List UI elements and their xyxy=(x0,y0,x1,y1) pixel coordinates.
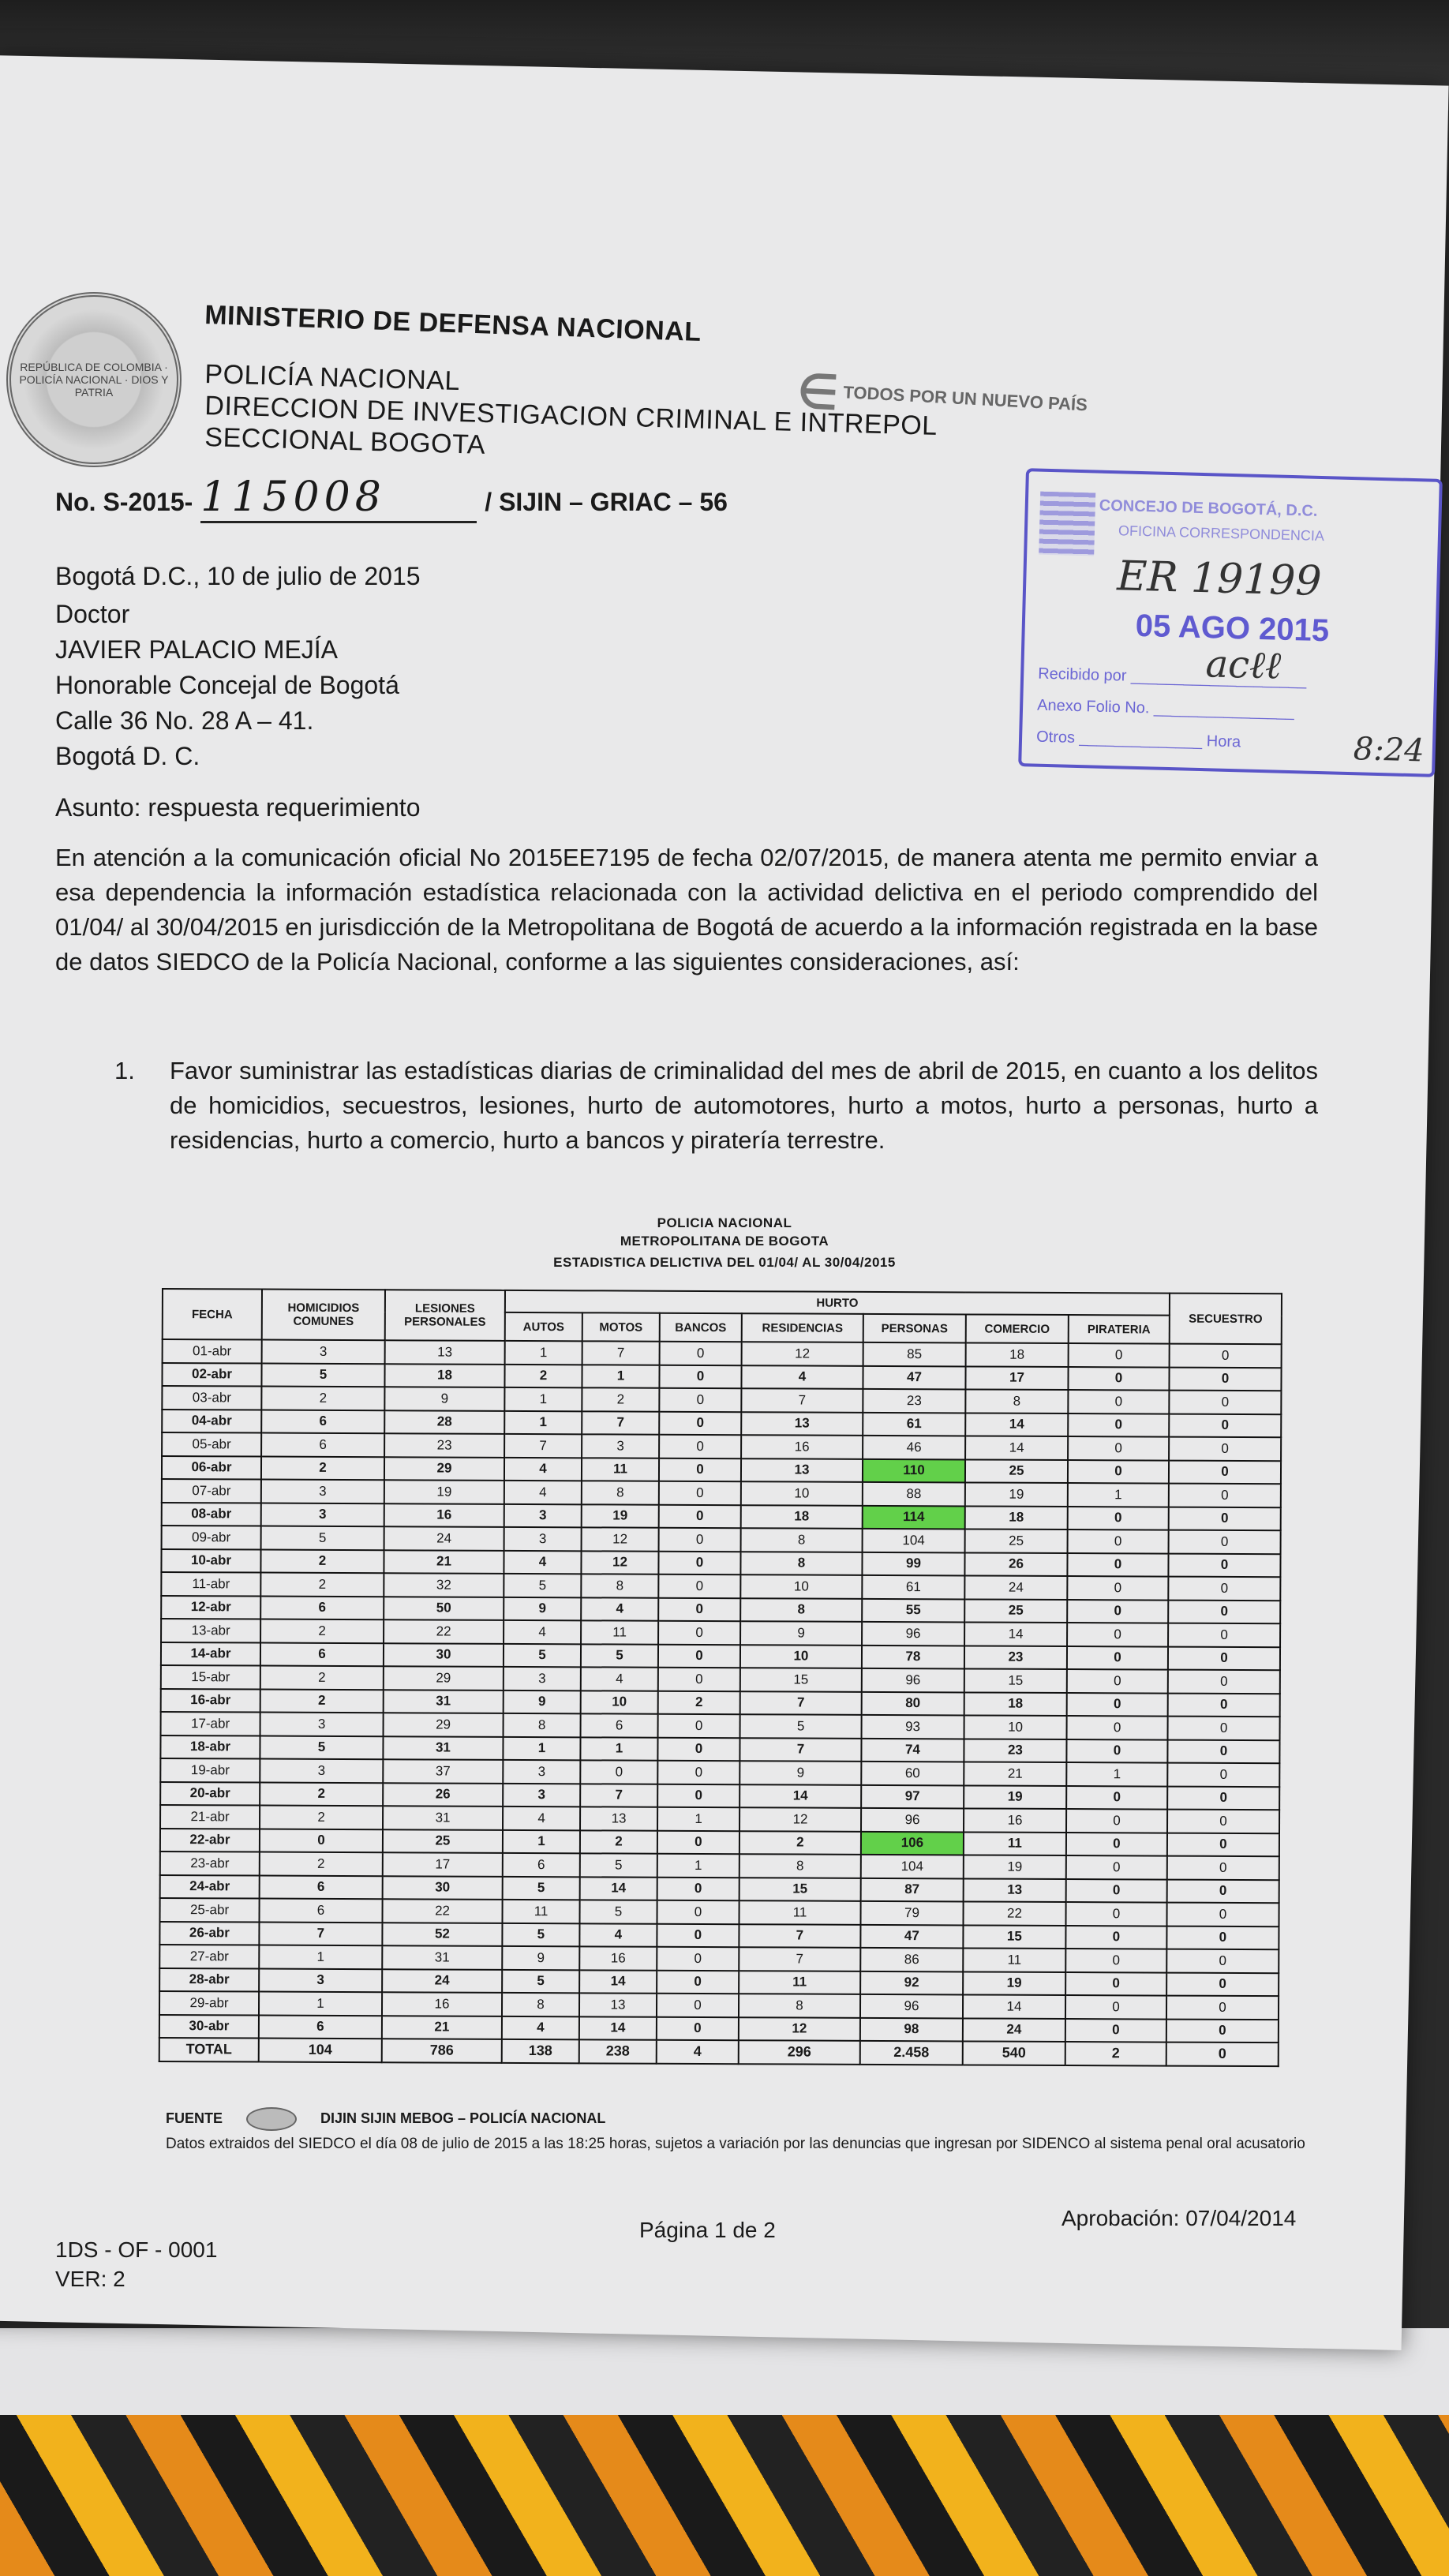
table-cell: 7 xyxy=(740,1691,862,1715)
police-seal-icon: REPÚBLICA DE COLOMBIA · POLICÍA NACIONAL… xyxy=(6,292,182,467)
table-cell: 106 xyxy=(861,1831,964,1855)
table-cell: 0 xyxy=(658,1597,740,1621)
row-date: 07-abr xyxy=(162,1479,261,1503)
table-cell: 6 xyxy=(260,1596,384,1619)
table-cell: 13 xyxy=(580,1807,657,1830)
dijin-logo-icon xyxy=(246,2107,297,2131)
table-cell: 1 xyxy=(657,1807,739,1831)
table-cell: 8 xyxy=(582,1481,659,1504)
table-cell: 5 xyxy=(261,1526,384,1550)
table-cell: 3 xyxy=(582,1434,659,1458)
table-cell: 86 xyxy=(860,1948,963,1971)
table-cell: 1 xyxy=(1066,1762,1167,1786)
table-cell: 2 xyxy=(261,1387,384,1410)
table-cell: 1 xyxy=(504,1387,582,1411)
row-date: 11-abr xyxy=(161,1572,260,1596)
table-cell: 0 xyxy=(580,1760,657,1784)
date-line: Bogotá D.C., 10 de julio de 2015 xyxy=(55,562,421,591)
table-cell: 0 xyxy=(1068,1413,1169,1437)
table-cell: 22 xyxy=(384,1619,504,1643)
table-cell: 19 xyxy=(964,1855,1066,1878)
table-cell: 55 xyxy=(862,1598,964,1622)
table-cell: 2 xyxy=(260,1852,383,1876)
table-cell: 87 xyxy=(861,1878,964,1901)
table-cell: 1 xyxy=(505,1341,582,1365)
table-cell: 0 xyxy=(1167,1810,1279,1833)
table-cell: 97 xyxy=(861,1784,964,1808)
table-cell: 96 xyxy=(862,1668,964,1692)
table-cell: 0 xyxy=(1169,1484,1281,1507)
table-total-row: TOTAL10478613823842962.45854020 xyxy=(159,2038,1279,2066)
table-cell: 0 xyxy=(260,1829,383,1852)
document-version: VER: 2 xyxy=(55,2267,125,2292)
table-cell: 31 xyxy=(384,1690,504,1713)
row-date: 08-abr xyxy=(162,1503,261,1526)
table-cell: 0 xyxy=(657,1923,739,1947)
table-cell: 8 xyxy=(581,1574,658,1597)
table-cell: 32 xyxy=(384,1573,504,1597)
background-fabric xyxy=(0,2407,1449,2576)
row-date: 21-abr xyxy=(160,1805,260,1829)
row-date: 05-abr xyxy=(162,1432,261,1456)
table-cell: 2 xyxy=(260,1619,384,1643)
table-cell: 1 xyxy=(504,1410,582,1434)
table-cell: 0 xyxy=(1167,1856,1279,1880)
table-cell: 18 xyxy=(966,1342,1069,1366)
source-line: FUENTEDIJIN SIJIN MEBOG – POLICÍA NACION… xyxy=(166,2107,605,2131)
table-cell: 25 xyxy=(964,1599,1067,1623)
row-date: 14-abr xyxy=(161,1642,260,1666)
table-cell: 11 xyxy=(963,1948,1065,1971)
table-cell: 0 xyxy=(1169,1437,1281,1461)
table-cell: 7 xyxy=(582,1411,659,1435)
table-cell: 2 xyxy=(261,1456,384,1480)
table-cell: 3 xyxy=(260,1759,383,1783)
table-cell: 5 xyxy=(579,1900,657,1923)
table-cell: 10 xyxy=(581,1690,658,1714)
table-cell: 15 xyxy=(739,1878,861,1901)
col-fecha: FECHA xyxy=(163,1289,262,1340)
table-cell: 0 xyxy=(657,1877,739,1900)
table-cell: 22 xyxy=(963,1901,1065,1925)
table-cell: 0 xyxy=(657,1761,739,1784)
table-cell: 0 xyxy=(1166,1903,1279,1926)
table-cell: 8 xyxy=(504,1713,581,1737)
table-cell: 786 xyxy=(382,2039,502,2062)
table-cell: 0 xyxy=(659,1504,741,1528)
table-cell: 10 xyxy=(740,1645,862,1668)
table-cell: 8 xyxy=(739,1994,860,2017)
table-cell: 9 xyxy=(739,1761,861,1784)
subject: Asunto: respuesta requerimiento xyxy=(55,793,420,822)
table-cell: 61 xyxy=(862,1575,964,1599)
table-cell: 0 xyxy=(1167,1879,1279,1903)
table-cell: 0 xyxy=(1169,1413,1281,1437)
table-cell: 18 xyxy=(965,1506,1068,1529)
row-date: 22-abr xyxy=(160,1828,260,1851)
table-cell: 0 xyxy=(659,1365,741,1388)
table-cell: 7 xyxy=(739,1947,860,1971)
table-cell: 74 xyxy=(861,1738,964,1762)
table-cell: 3 xyxy=(504,1503,582,1527)
table-cell: 15 xyxy=(964,1668,1067,1692)
table-cell: 0 xyxy=(1169,1530,1281,1554)
table-cell: 0 xyxy=(1067,1669,1168,1693)
table-cell: 6 xyxy=(261,1433,384,1457)
table-cell: 1 xyxy=(1068,1483,1169,1507)
table-cell: 0 xyxy=(659,1411,741,1435)
table-cell: 0 xyxy=(1068,1529,1169,1553)
table-cell: 2 xyxy=(582,1387,659,1411)
table-cell: 11 xyxy=(739,1900,860,1924)
table-cell: 4 xyxy=(741,1365,863,1389)
table-cell: 0 xyxy=(1067,1576,1168,1600)
table-cell: 5 xyxy=(502,1969,579,1993)
table-cell: 540 xyxy=(963,2041,1065,2065)
table-cell: 10 xyxy=(964,1715,1067,1739)
table-cell: 0 xyxy=(1067,1693,1168,1717)
table-cell: 1 xyxy=(503,1736,580,1760)
table-cell: 110 xyxy=(863,1458,965,1482)
table-cell: 15 xyxy=(740,1668,862,1691)
table-cell: 0 xyxy=(658,1574,740,1598)
row-date: 04-abr xyxy=(162,1410,261,1433)
table-cell: 0 xyxy=(1065,1949,1166,1972)
table-cell: 85 xyxy=(863,1342,966,1366)
col-motos: MOTOS xyxy=(582,1312,660,1341)
table-cell: 3 xyxy=(504,1527,582,1551)
table-cell: 0 xyxy=(1068,1367,1169,1391)
table-cell: 0 xyxy=(1065,1902,1166,1926)
col-group-hurto: HURTO xyxy=(505,1290,1170,1316)
table-cell: 0 xyxy=(1066,1786,1167,1810)
document: REPÚBLICA DE COLOMBIA · POLICÍA NACIONAL… xyxy=(0,0,1449,2407)
table-cell: 99 xyxy=(862,1552,964,1575)
table-cell: 0 xyxy=(658,1714,740,1738)
table-cell: 0 xyxy=(1168,1670,1280,1694)
table-cell: 1 xyxy=(657,1854,739,1878)
table-cell: 0 xyxy=(1068,1436,1169,1460)
table-cell: 6 xyxy=(581,1713,658,1737)
table-cell: 22 xyxy=(382,1899,502,1923)
table-cell: 0 xyxy=(1168,1577,1280,1601)
table-cell: 17 xyxy=(965,1366,1068,1390)
col-homicidios: HOMICIDIOS COMUNES xyxy=(262,1290,385,1341)
table-cell: 12 xyxy=(739,2017,860,2041)
table-cell: 7 xyxy=(739,1924,860,1948)
table-cell: 24 xyxy=(963,2018,1065,2042)
table-cell: 5 xyxy=(260,1735,383,1759)
slogan-logo-icon: ∈ xyxy=(796,364,841,419)
table-cell: 0 xyxy=(1169,1367,1281,1391)
row-date: 10-abr xyxy=(161,1549,260,1573)
table-cell: 2 xyxy=(260,1806,383,1829)
table-cell: 0 xyxy=(1170,1344,1282,1368)
table-cell: 0 xyxy=(1166,1949,1279,1973)
table-cell: 0 xyxy=(1065,1972,1166,1996)
table-cell: 19 xyxy=(963,1971,1065,1995)
table-cell: 21 xyxy=(964,1762,1066,1785)
table-cell: 30 xyxy=(383,1876,503,1900)
table-cell: 2 xyxy=(658,1690,740,1714)
table-cell: 0 xyxy=(1066,1739,1167,1763)
table-cell: 0 xyxy=(1168,1623,1280,1647)
table-cell: 2 xyxy=(260,1666,384,1690)
table-cell: 16 xyxy=(382,1992,502,2016)
row-date: 27-abr xyxy=(159,1945,259,1968)
table-cell: 0 xyxy=(1168,1600,1280,1623)
table-cell: 1 xyxy=(582,1365,659,1388)
table-cell: 0 xyxy=(659,1435,741,1458)
table-cell: 0 xyxy=(1067,1600,1168,1623)
table-cell: 0 xyxy=(657,2016,739,2040)
table-cell: 3 xyxy=(261,1503,384,1526)
table-cell: 8 xyxy=(739,1854,861,1878)
table-cell: 6 xyxy=(259,1899,382,1923)
table-cell: 11 xyxy=(582,1458,659,1481)
table-cell: 0 xyxy=(1066,1833,1167,1856)
recipient-city: Bogotá D. C. xyxy=(55,742,200,771)
table-cell: 8 xyxy=(740,1552,862,1575)
table-cell: 0 xyxy=(1065,1995,1166,2019)
table-cell: 12 xyxy=(739,1807,861,1831)
table-cell: 5 xyxy=(504,1643,581,1667)
intro-paragraph: En atención a la comunicación oficial No… xyxy=(55,841,1318,979)
table-cell: 0 xyxy=(657,1970,739,1994)
table-cell: 3 xyxy=(503,1783,580,1807)
table-cell: 23 xyxy=(863,1389,965,1413)
table-cell: 0 xyxy=(1069,1343,1170,1367)
table-cell: 19 xyxy=(964,1785,1066,1809)
table-cell: 14 xyxy=(580,1877,657,1900)
table-cell: 3 xyxy=(261,1480,384,1503)
table-cell: 0 xyxy=(1168,1717,1280,1740)
table-cell: 1 xyxy=(580,1737,657,1761)
table-cell: 0 xyxy=(1166,1972,1279,1996)
table-title-3: ESTADISTICA DELICTIVA DEL 01/04/ AL 30/0… xyxy=(0,1255,1449,1271)
table-cell: 19 xyxy=(965,1482,1068,1506)
row-date: 06-abr xyxy=(162,1456,261,1480)
row-date: 19-abr xyxy=(160,1758,260,1782)
table-cell: 7 xyxy=(741,1388,863,1412)
table-cell: 2.458 xyxy=(860,2041,963,2065)
table-cell: 3 xyxy=(260,1713,384,1736)
table-cell: 24 xyxy=(964,1575,1067,1599)
table-cell: 31 xyxy=(383,1736,503,1760)
table-cell: 5 xyxy=(502,1923,579,1946)
table-cell: 14 xyxy=(964,1622,1067,1646)
table-cell: 0 xyxy=(658,1644,740,1668)
table-cell: 5 xyxy=(580,1853,657,1877)
row-date: 01-abr xyxy=(163,1339,262,1363)
table-cell: 19 xyxy=(582,1504,659,1528)
table-cell: 16 xyxy=(384,1503,504,1527)
table-cell: 16 xyxy=(964,1808,1066,1832)
table-cell: 9 xyxy=(502,1946,579,1970)
table-cell: 23 xyxy=(384,1433,504,1457)
table-cell: 5 xyxy=(581,1644,658,1668)
table-cell: 78 xyxy=(862,1645,964,1668)
table-cell: 30 xyxy=(384,1643,504,1667)
table-cell: 0 xyxy=(1067,1716,1168,1739)
table-cell: 0 xyxy=(659,1388,741,1412)
table-cell: 0 xyxy=(660,1342,742,1365)
recipient-role: Honorable Concejal de Bogotá xyxy=(55,671,399,700)
table-cell: 0 xyxy=(1068,1460,1169,1484)
table-cell: 16 xyxy=(579,1946,657,1970)
table-cell: 2 xyxy=(260,1782,383,1806)
row-date: TOTAL xyxy=(159,2038,259,2061)
row-date: 23-abr xyxy=(160,1851,260,1875)
table-cell: 7 xyxy=(259,1922,382,1945)
table-cell: 0 xyxy=(658,1621,740,1645)
table-cell: 104 xyxy=(259,2039,382,2062)
table-cell: 13 xyxy=(741,1412,863,1436)
table-cell: 8 xyxy=(741,1528,863,1552)
table-cell: 9 xyxy=(384,1387,504,1410)
table-cell: 5 xyxy=(261,1363,384,1387)
table-cell: 5 xyxy=(504,1574,581,1597)
row-date: 30-abr xyxy=(159,2014,259,2038)
row-date: 12-abr xyxy=(161,1596,260,1619)
table-cell: 29 xyxy=(384,1666,504,1690)
table-cell: 6 xyxy=(259,2015,382,2039)
table-cell: 0 xyxy=(1169,1391,1281,1414)
table-cell: 13 xyxy=(579,1993,657,2016)
table-cell: 0 xyxy=(1166,2019,1279,2042)
reception-stamp: CONCEJO DE BOGOTÁ, D.C. OFICINA CORRESPO… xyxy=(1018,468,1443,777)
table-cell: 52 xyxy=(382,1923,502,1946)
table-cell: 0 xyxy=(1066,1855,1167,1879)
document-code: 1DS - OF - 0001 xyxy=(55,2237,217,2263)
table-cell: 0 xyxy=(657,1784,739,1807)
table-cell: 3 xyxy=(504,1667,581,1690)
table-cell: 13 xyxy=(741,1458,863,1482)
table-cell: 18 xyxy=(384,1364,504,1387)
table-cell: 7 xyxy=(582,1341,660,1365)
table-cell: 16 xyxy=(741,1435,863,1458)
table-cell: 0 xyxy=(1168,1693,1280,1717)
table-cell: 0 xyxy=(657,1947,739,1971)
table-cell: 0 xyxy=(658,1668,740,1691)
table-cell: 2 xyxy=(1065,2042,1166,2065)
table-cell: 2 xyxy=(504,1364,582,1387)
table-cell: 12 xyxy=(742,1342,863,1365)
table-cell: 1 xyxy=(259,1945,382,1969)
table-cell: 13 xyxy=(964,1878,1066,1902)
table-cell: 12 xyxy=(582,1527,659,1551)
table-cell: 0 xyxy=(657,1737,739,1761)
bogota-flag-icon xyxy=(1039,492,1095,556)
table-cell: 4 xyxy=(581,1667,658,1690)
col-secuestro: SECUESTRO xyxy=(1170,1294,1282,1345)
table-cell: 96 xyxy=(860,1994,963,2018)
table-cell: 2 xyxy=(260,1573,384,1597)
table-cell: 0 xyxy=(658,1551,740,1574)
table-cell: 6 xyxy=(260,1642,384,1666)
table-cell: 17 xyxy=(383,1852,503,1876)
table-cell: 0 xyxy=(1168,1646,1280,1670)
table-cell: 98 xyxy=(860,2017,963,2041)
table-cell: 11 xyxy=(739,1971,860,1994)
table-cell: 0 xyxy=(657,1994,739,2017)
row-date: 25-abr xyxy=(159,1898,259,1922)
table-cell: 61 xyxy=(863,1412,965,1436)
table-cell: 4 xyxy=(504,1550,581,1574)
table-cell: 296 xyxy=(739,2040,860,2064)
table-cell: 3 xyxy=(503,1760,580,1784)
table-cell: 4 xyxy=(657,2040,739,2064)
table-cell: 0 xyxy=(1167,1786,1279,1810)
table-cell: 14 xyxy=(965,1436,1068,1459)
table-cell: 8 xyxy=(502,1993,579,2016)
table-cell: 6 xyxy=(260,1875,383,1899)
table-cell: 14 xyxy=(963,1994,1065,2018)
table-cell: 0 xyxy=(1166,2042,1279,2066)
table-cell: 10 xyxy=(740,1574,862,1598)
table-cell: 0 xyxy=(1066,1879,1167,1903)
recipient-name: JAVIER PALACIO MEJÍA xyxy=(55,635,338,665)
col-personas: PERSONAS xyxy=(863,1314,966,1343)
table-cell: 23 xyxy=(964,1739,1066,1762)
row-date: 17-abr xyxy=(161,1712,260,1735)
table-cell: 2 xyxy=(260,1689,384,1713)
table-cell: 114 xyxy=(863,1505,965,1529)
table-cell: 93 xyxy=(862,1715,964,1739)
table-cell: 104 xyxy=(863,1529,965,1552)
table-cell: 0 xyxy=(1167,1763,1279,1787)
table-cell: 5 xyxy=(503,1876,580,1900)
stamp-hour: 8:24 xyxy=(1353,731,1425,769)
table-cell: 13 xyxy=(385,1340,505,1364)
table-cell: 18 xyxy=(741,1505,863,1529)
row-date: 15-abr xyxy=(161,1665,260,1689)
table-cell: 11 xyxy=(581,1620,658,1644)
table-cell: 31 xyxy=(383,1806,503,1829)
table-cell: 2 xyxy=(580,1830,657,1854)
table-cell: 14 xyxy=(739,1784,861,1808)
table-cell: 7 xyxy=(580,1784,657,1807)
handwritten-number: 115008 xyxy=(200,474,477,523)
crime-statistics-table: FECHA HOMICIDIOS COMUNES LESIONES PERSON… xyxy=(159,1288,1282,2067)
table-cell: 0 xyxy=(1066,1809,1167,1833)
col-pirateria: PIRATERIA xyxy=(1069,1315,1170,1344)
table-cell: 0 xyxy=(659,1458,741,1481)
table-cell: 104 xyxy=(861,1855,964,1878)
table-title-1: POLICIA NACIONAL xyxy=(0,1215,1449,1231)
table-cell: 238 xyxy=(579,2039,657,2063)
table-cell: 88 xyxy=(863,1482,965,1506)
table-cell: 47 xyxy=(860,1924,963,1948)
row-date: 18-abr xyxy=(160,1735,260,1758)
table-title-2: METROPOLITANA DE BOGOTA xyxy=(0,1234,1449,1249)
reference-number: No. S-2015-115008/ SIJIN – GRIAC – 56 xyxy=(55,474,728,523)
registry-number: ER 19199 xyxy=(1117,552,1323,605)
table-cell: 138 xyxy=(502,2039,579,2063)
table-cell: 7 xyxy=(739,1738,861,1762)
table-cell: 9 xyxy=(504,1690,581,1713)
table-cell: 0 xyxy=(657,1900,739,1924)
approval-date: Aprobación: 07/04/2014 xyxy=(1061,2206,1296,2231)
col-bancos: BANCOS xyxy=(660,1313,742,1342)
table-cell: 6 xyxy=(261,1410,384,1433)
table-cell: 0 xyxy=(1067,1623,1168,1646)
table-cell: 21 xyxy=(382,2016,502,2039)
table-cell: 0 xyxy=(1065,1926,1166,1949)
table-cell: 80 xyxy=(862,1691,964,1715)
table-cell: 0 xyxy=(1167,1833,1279,1856)
table-cell: 3 xyxy=(262,1340,385,1364)
